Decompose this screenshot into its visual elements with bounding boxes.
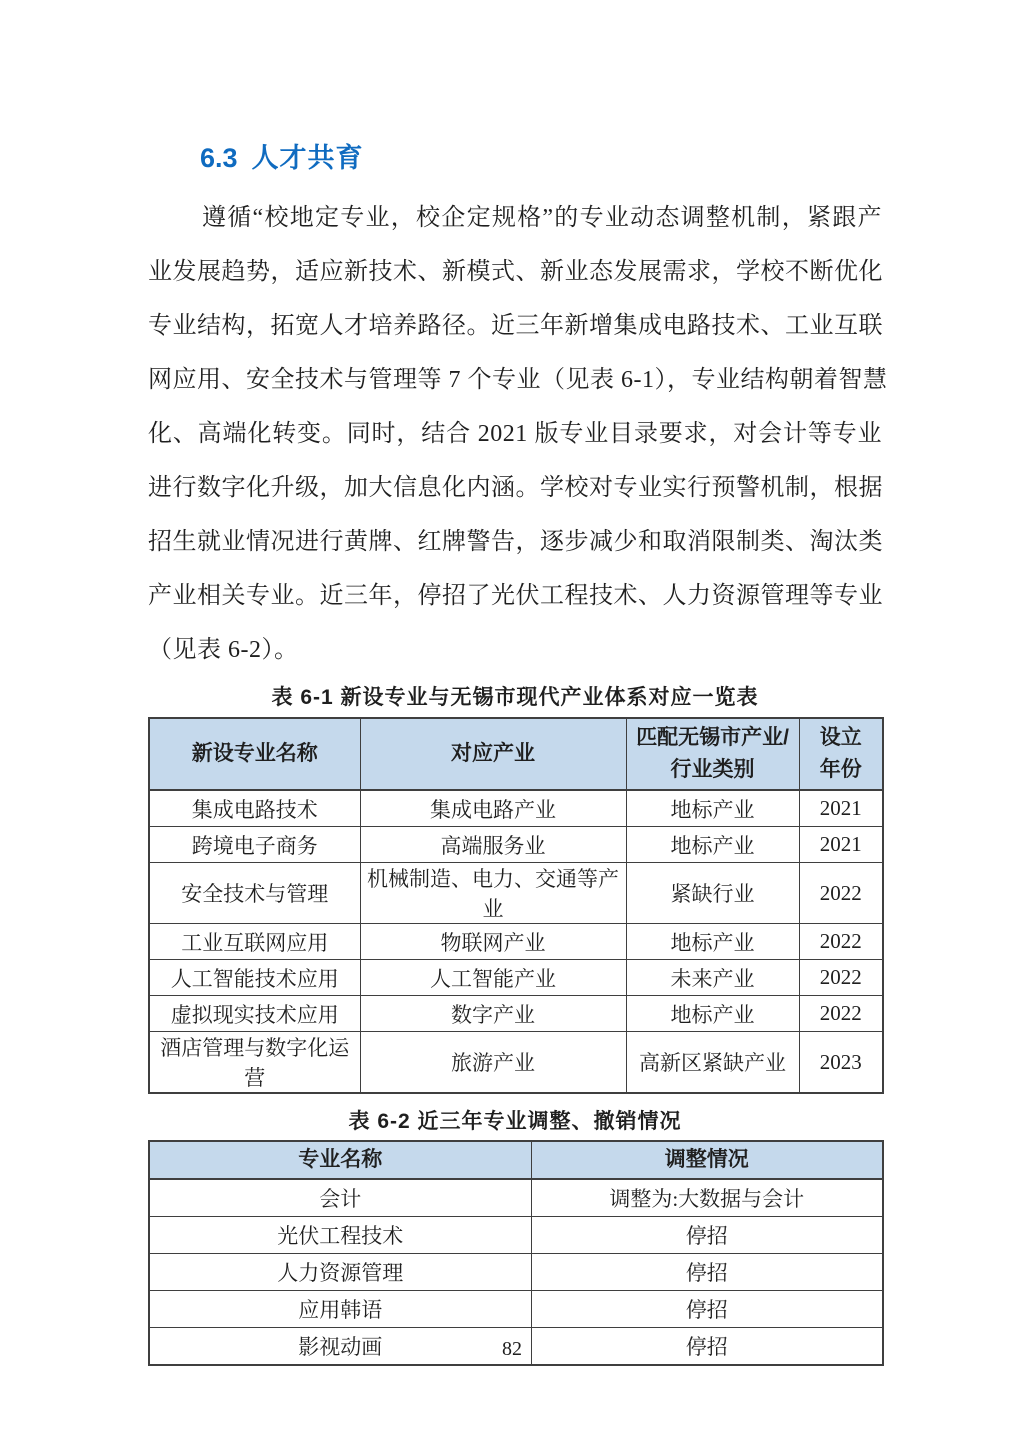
table-cell: 旅游产业 [360, 1032, 626, 1094]
column-header: 专业名称 [149, 1141, 531, 1179]
body-paragraph: 遵循“校地定专业，校企定规格”的专业动态调整机制，紧跟产 业发展趋势，适应新技术… [148, 191, 882, 677]
table-cell: 调整为:大数据与会计 [531, 1179, 883, 1217]
table-cell: 紧缺行业 [626, 863, 799, 924]
table-cell: 集成电路产业 [360, 790, 626, 827]
paragraph-line: 招生就业情况进行黄牌、红牌警告，逐步减少和取消限制类、淘汰类 [148, 515, 882, 569]
column-header: 设立 年份 [799, 718, 883, 790]
column-header: 对应产业 [360, 718, 626, 790]
table-cell: 数字产业 [360, 996, 626, 1032]
paragraph-line: 遵循“校地定专业，校企定规格”的专业动态调整机制，紧跟产 [148, 191, 882, 245]
table-cell: 2021 [799, 827, 883, 863]
table-cell: 停招 [531, 1254, 883, 1291]
table-cell: 人工智能技术应用 [149, 960, 360, 996]
table-cell: 光伏工程技术 [149, 1217, 531, 1254]
header-row: 专业名称 调整情况 [149, 1141, 883, 1179]
table-row: 应用韩语 停招 [149, 1291, 883, 1328]
page-number: 82 [0, 1338, 1024, 1361]
table-cell: 停招 [531, 1217, 883, 1254]
paragraph-line: （见表 6-2）。 [148, 623, 882, 677]
table-cell: 工业互联网应用 [149, 924, 360, 960]
table-cell: 地标产业 [626, 827, 799, 863]
section-number: 6.3 [200, 143, 238, 173]
table-cell: 2022 [799, 924, 883, 960]
paragraph-line: 业发展趋势，适应新技术、新模式、新业态发展需求，学校不断优化 [148, 245, 882, 299]
table-cell: 2022 [799, 996, 883, 1032]
table-cell: 跨境电子商务 [149, 827, 360, 863]
table-cell: 应用韩语 [149, 1291, 531, 1328]
table-row: 集成电路技术 集成电路产业 地标产业 2021 [149, 790, 883, 827]
paragraph-line: 产业相关专业。近三年，停招了光伏工程技术、人力资源管理等专业 [148, 569, 882, 623]
section-title: 人才共育 [252, 143, 364, 173]
table-cell: 集成电路技术 [149, 790, 360, 827]
table-cell: 2023 [799, 1032, 883, 1094]
table-cell: 2022 [799, 960, 883, 996]
table-row: 人工智能技术应用 人工智能产业 未来产业 2022 [149, 960, 883, 996]
table-cell: 地标产业 [626, 790, 799, 827]
table-row: 酒店管理与数字化运营 旅游产业 高新区紧缺产业 2023 [149, 1032, 883, 1094]
table-cell: 2022 [799, 863, 883, 924]
paragraph-line: 进行数字化升级，加大信息化内涵。学校对专业实行预警机制，根据 [148, 461, 882, 515]
paragraph-line: 网应用、安全技术与管理等 7 个专业（见表 6-1），专业结构朝着智慧 [148, 353, 882, 407]
table-cell: 停招 [531, 1291, 883, 1328]
table-cell: 会计 [149, 1179, 531, 1217]
table-cell: 2021 [799, 790, 883, 827]
table-cell: 高新区紧缺产业 [626, 1032, 799, 1094]
table-row: 人力资源管理 停招 [149, 1254, 883, 1291]
table-6-1-caption: 表 6-1 新设专业与无锡市现代产业体系对应一览表 [148, 683, 882, 713]
column-header: 调整情况 [531, 1141, 883, 1179]
table-cell: 高端服务业 [360, 827, 626, 863]
table-6-2-caption: 表 6-2 近三年专业调整、撤销情况 [148, 1107, 882, 1137]
document-page: 6.3人才共育 遵循“校地定专业，校企定规格”的专业动态调整机制，紧跟产 业发展… [0, 0, 1024, 1448]
table-cell: 酒店管理与数字化运营 [149, 1032, 360, 1094]
table-row: 虚拟现实技术应用 数字产业 地标产业 2022 [149, 996, 883, 1032]
table-cell: 未来产业 [626, 960, 799, 996]
table-cell: 虚拟现实技术应用 [149, 996, 360, 1032]
table-row: 工业互联网应用 物联网产业 地标产业 2022 [149, 924, 883, 960]
column-header: 新设专业名称 [149, 718, 360, 790]
table-cell: 机械制造、电力、交通等产业 [360, 863, 626, 924]
table-cell: 物联网产业 [360, 924, 626, 960]
paragraph-line: 化、高端化转变。同时，结合 2021 版专业目录要求，对会计等专业 [148, 407, 882, 461]
table-cell: 地标产业 [626, 924, 799, 960]
table-cell: 地标产业 [626, 996, 799, 1032]
header-row: 新设专业名称 对应产业 匹配无锡市产业/ 行业类别 设立 年份 [149, 718, 883, 790]
table-6-1: 新设专业名称 对应产业 匹配无锡市产业/ 行业类别 设立 年份 集成电路技术 集… [148, 717, 884, 1094]
table-row: 会计 调整为:大数据与会计 [149, 1179, 883, 1217]
table-6-2: 专业名称 调整情况 会计 调整为:大数据与会计 光伏工程技术 停招 人力资源管理… [148, 1140, 884, 1366]
table-cell: 人力资源管理 [149, 1254, 531, 1291]
section-heading: 6.3人才共育 [148, 0, 882, 175]
table-cell: 人工智能产业 [360, 960, 626, 996]
page-content: 6.3人才共育 遵循“校地定专业，校企定规格”的专业动态调整机制，紧跟产 业发展… [148, 0, 882, 1366]
table-row: 安全技术与管理 机械制造、电力、交通等产业 紧缺行业 2022 [149, 863, 883, 924]
table-row: 光伏工程技术 停招 [149, 1217, 883, 1254]
column-header: 匹配无锡市产业/ 行业类别 [626, 718, 799, 790]
table-row: 跨境电子商务 高端服务业 地标产业 2021 [149, 827, 883, 863]
paragraph-line: 专业结构，拓宽人才培养路径。近三年新增集成电路技术、工业互联 [148, 299, 882, 353]
table-cell: 安全技术与管理 [149, 863, 360, 924]
